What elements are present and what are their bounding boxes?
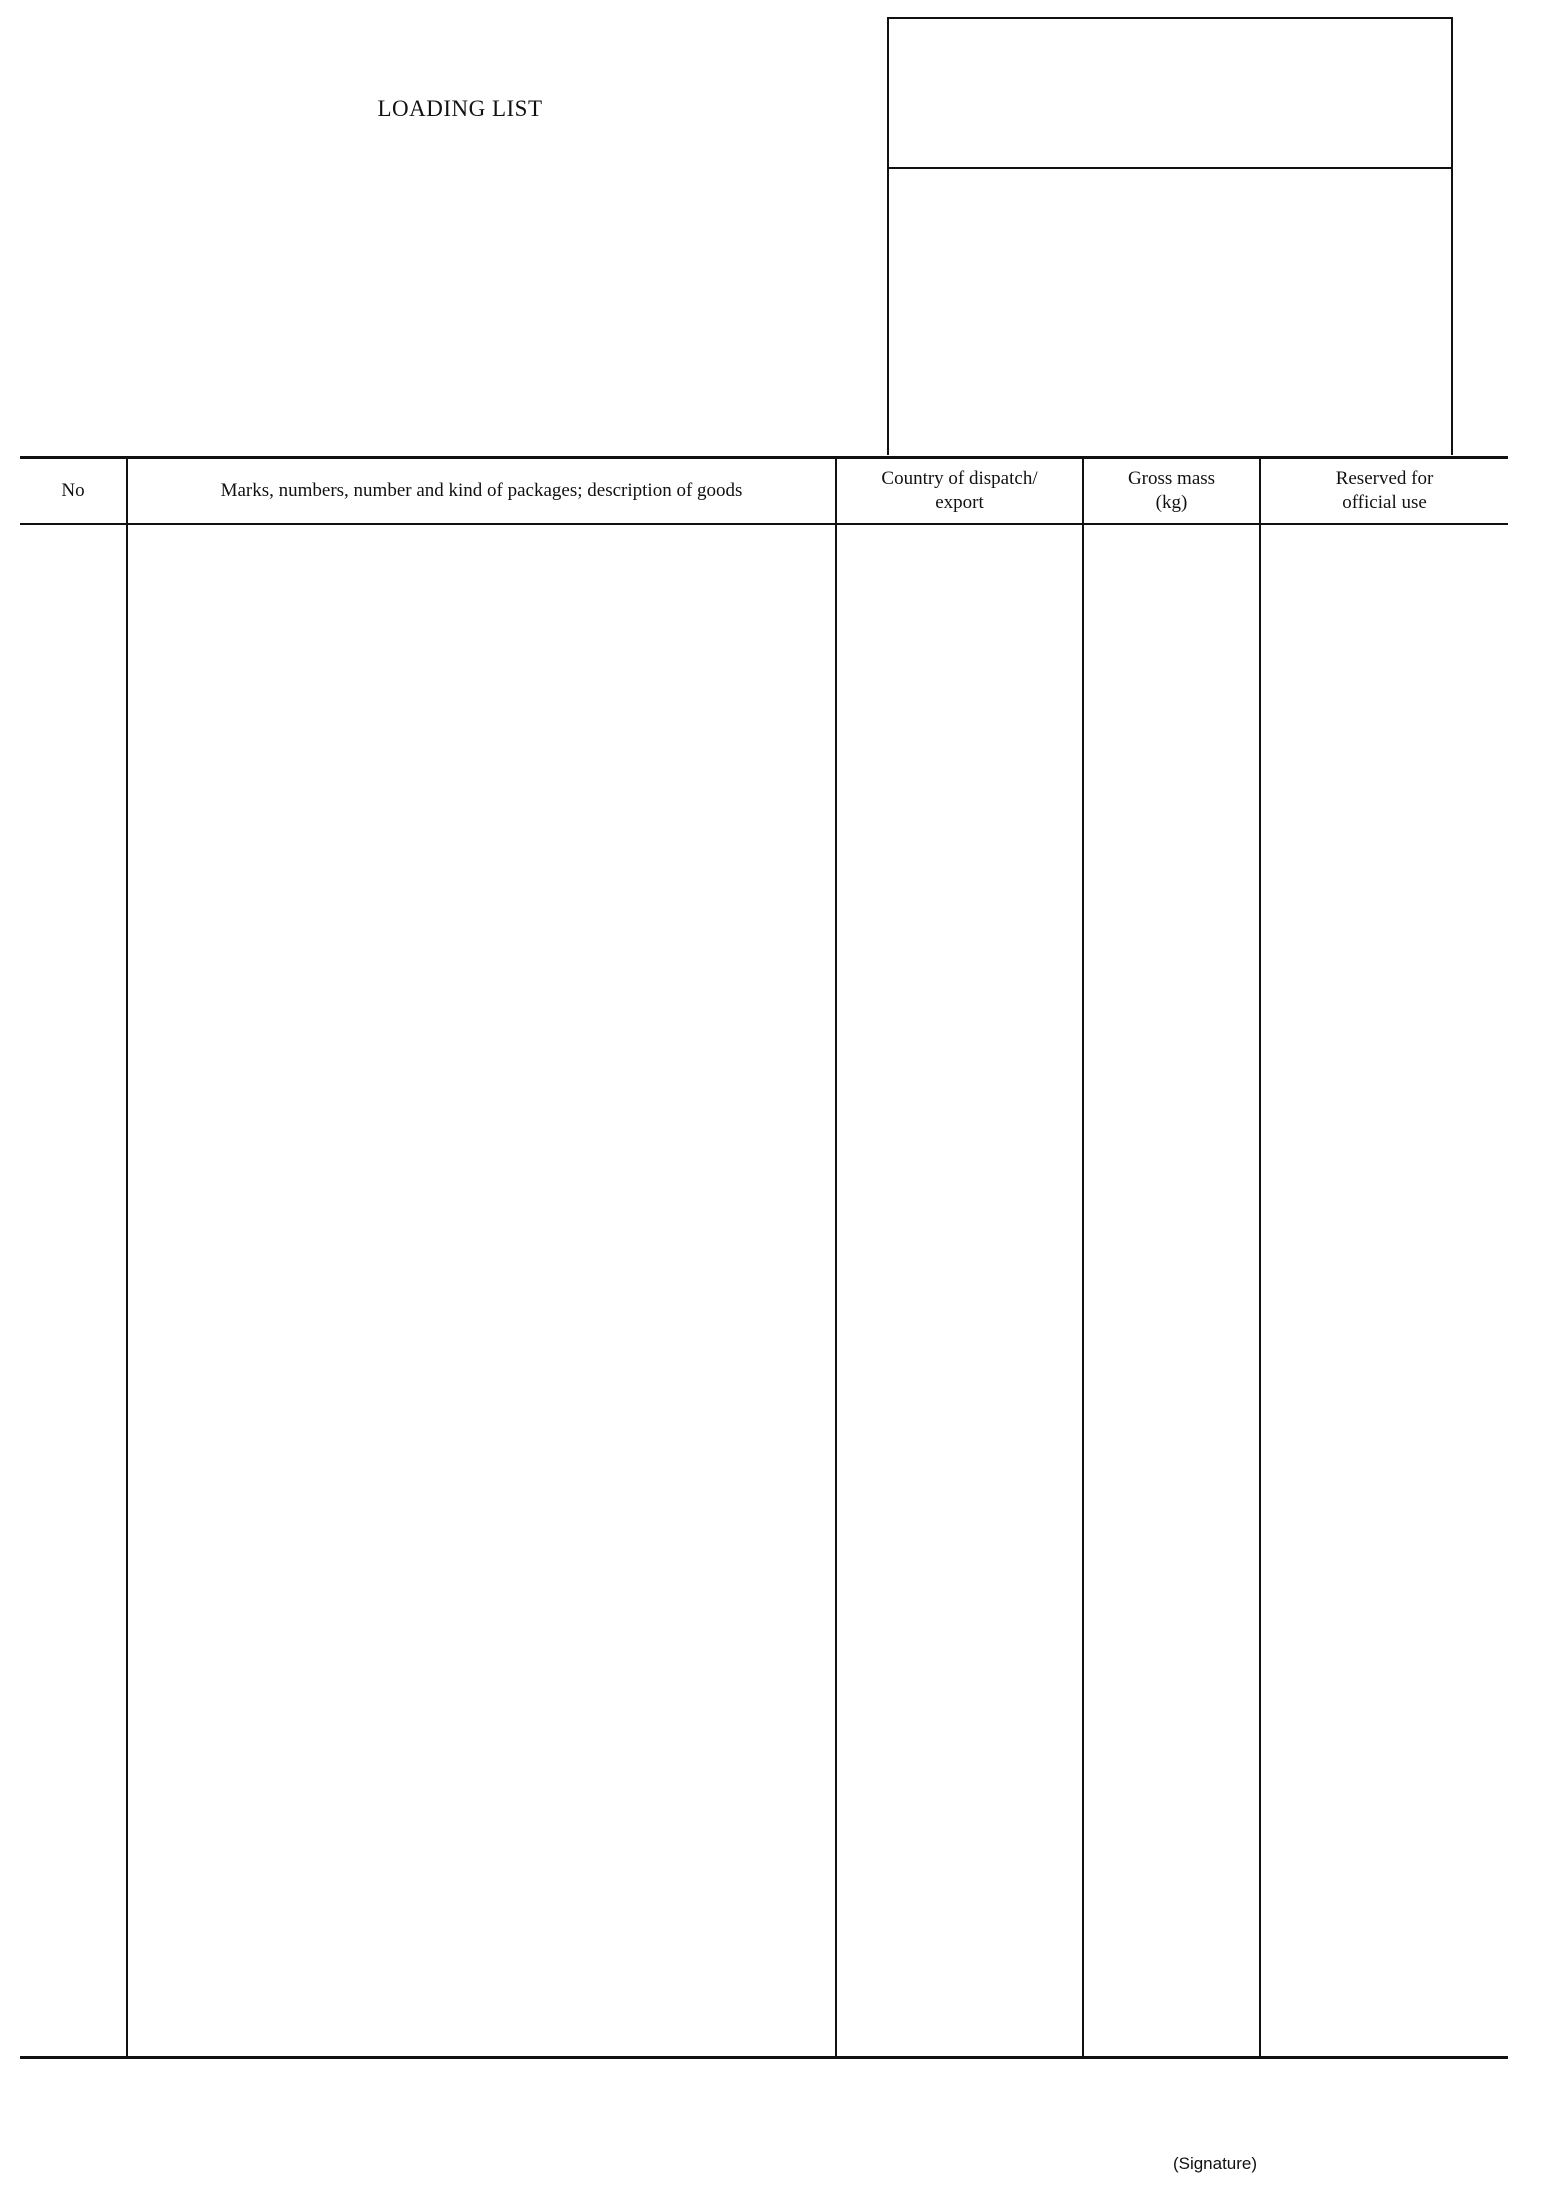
header-bottom-rule xyxy=(20,523,1508,525)
column-header-country-line2: export xyxy=(935,491,984,515)
column-header-description-label: Marks, numbers, number and kind of packa… xyxy=(221,479,743,503)
column-header-gross-mass-line2: (kg) xyxy=(1156,491,1188,515)
top-box xyxy=(887,17,1453,455)
column-header-official-use-line1: Reserved for xyxy=(1336,467,1434,491)
top-box-lower-field[interactable] xyxy=(889,169,1451,455)
document-title: LOADING LIST xyxy=(300,96,620,122)
column-body-gross-mass[interactable] xyxy=(1084,526,1259,2056)
top-box-upper-field[interactable] xyxy=(889,19,1451,169)
column-body-description[interactable] xyxy=(128,526,835,2056)
column-header-no: No xyxy=(20,459,126,523)
column-body-country[interactable] xyxy=(837,526,1082,2056)
column-header-gross-mass: Gross mass (kg) xyxy=(1084,459,1259,523)
table-bottom-rule xyxy=(20,2056,1508,2059)
column-header-description: Marks, numbers, number and kind of packa… xyxy=(128,459,835,523)
goods-table: No Marks, numbers, number and kind of pa… xyxy=(20,456,1508,2059)
column-header-gross-mass-line1: Gross mass xyxy=(1128,467,1215,491)
column-body-official-use[interactable] xyxy=(1261,526,1508,2056)
column-header-country: Country of dispatch/ export xyxy=(837,459,1082,523)
column-body-no[interactable] xyxy=(20,526,126,2056)
column-header-official-use: Reserved for official use xyxy=(1261,459,1508,523)
column-header-country-line1: Country of dispatch/ xyxy=(881,467,1037,491)
column-header-no-label: No xyxy=(61,479,84,503)
signature-label: (Signature) xyxy=(1150,2154,1280,2174)
column-header-official-use-line2: official use xyxy=(1342,491,1427,515)
